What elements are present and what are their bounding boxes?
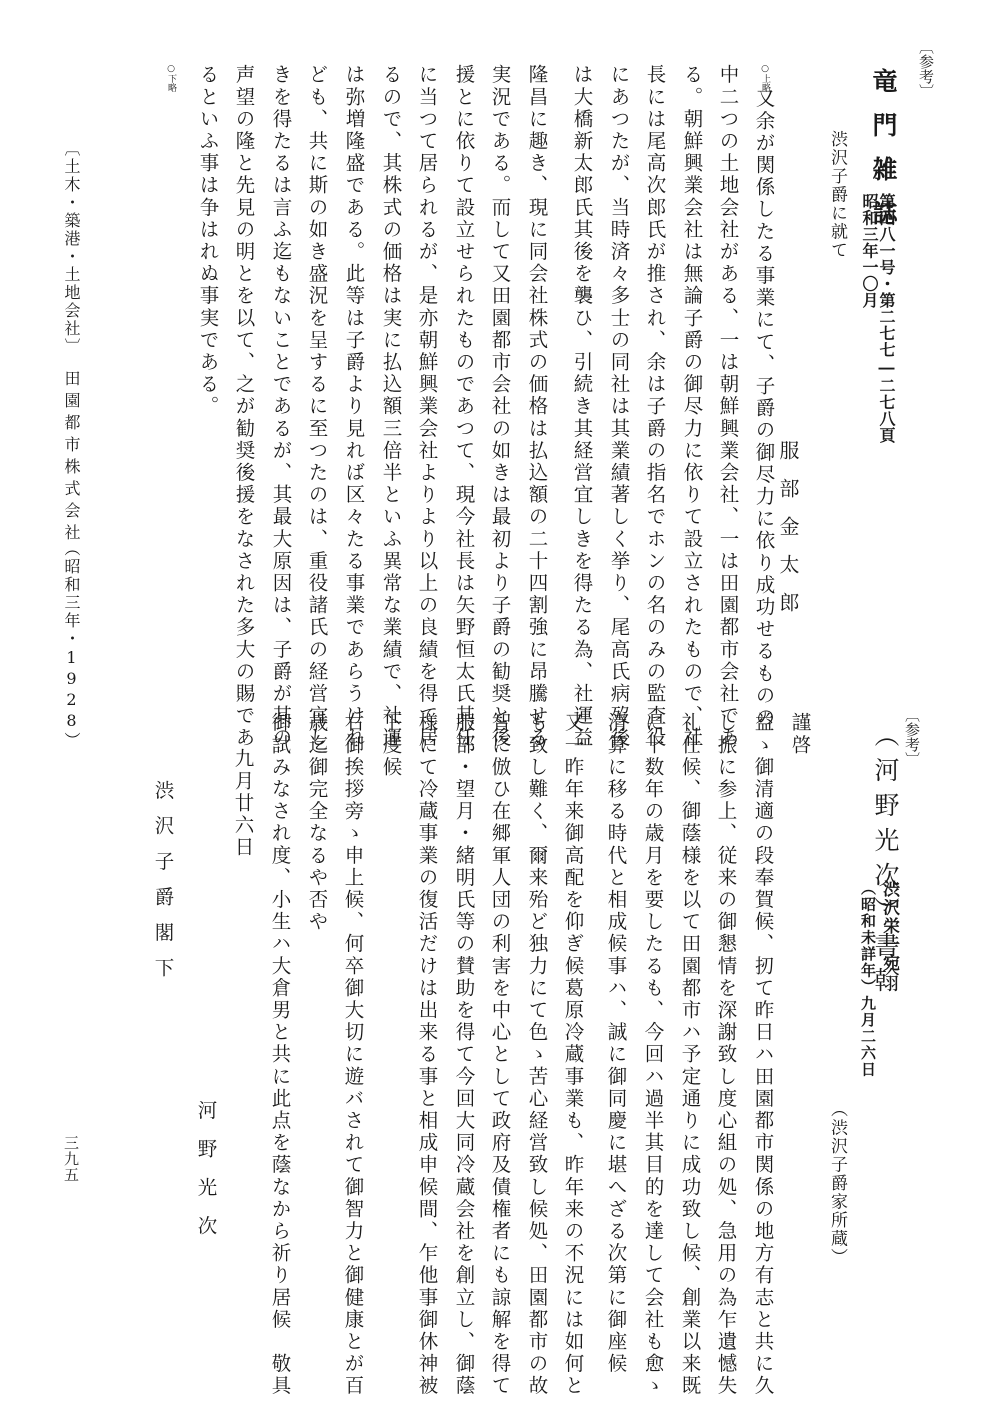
body-line: 智に倣ひ在郷軍人団の利害を中心として政府及債権者にも諒解を得て [490,712,510,1397]
footer-company: 田園都市株式会社 [63,370,79,546]
omission-marker-bottom: ○下略 [166,64,175,92]
body-line: にあつたが、当時済々多士の同社は其業績著しく挙り、尾高氏病歿後 [609,64,629,749]
recipient-line: 渋沢栄一宛 [880,880,897,973]
body-line: 中二つの土地会社がある、一は朝鮮興業会社、一は田園都市会社であ [718,64,738,749]
body-line: 清算に移る時代と相成候事ハ、誠に御同慶に堪へざる次第に御座候 [606,712,626,1375]
body-line: 右御挨拶旁ゝ申上候、何卒御大切に遊バされて御智力と御健康とが百 [343,712,363,1397]
footer-year: （昭和三年・1928） [63,540,79,750]
body-line: に十数年の歳月を要したるも、今回ハ過半其目的を達して会社も愈ゝ [643,712,663,1397]
article-title: 渋沢子爵に就て [828,130,845,260]
addressee: 渋沢子爵閣下 [153,780,173,993]
body-line: 実況である。而して又田園都市会社の如きは最初より子爵の勧奨と後 [490,64,510,749]
body-line: は大橋新太郎氏其後を襲ひ、引続き其経営宜しきを得たる為、社運益 [572,64,592,749]
date-line: 昭和三年一〇月 [861,193,877,309]
reference-tag: 〔参考〕 [917,38,934,100]
body-line: は弥増隆盛である。此等は子爵より見れば区々たる事業であらうけれ [344,64,364,749]
body-line: るといふ事は争はれぬ事実である。 [198,64,218,418]
body-line: 御試みなされ度、小生ハ大倉男と共に此点を蔭なから祈り居候 敬具 [270,712,290,1397]
body-line: るので、其株式の価格は実に払込額三倍半といふ異常な業績で、社運 [381,64,401,749]
footer-category: 〔土木・築港・土地会社〕 [63,140,79,356]
body-line: 又一昨年来御高配を仰ぎ候葛原冷蔵事業も、昨年来の不況には如何と [563,712,583,1397]
closing-date: 九月廿六日 [233,748,253,859]
issue-line: 第四八一号・第二七七―二七八頁 [878,193,894,444]
body-line: し振に参上、従来の御懇情を深謝致し度心組の処、急用の為乍遺憾失 [716,712,736,1397]
body-line: 歳迄御完全なるや否や [307,712,327,933]
body-line: ども、共に斯の如き盛況を呈するに至つたのは、重役諸氏の経営宜し [307,64,327,749]
body-line: 隆昌に趣き、現に同会社株式の価格は払込額の二十四割強に昂騰せる [527,64,547,749]
reference-tag: 〔参考〕 [903,706,920,768]
page-number: 三九五 [63,1135,78,1183]
body-line: 長には尾高次郎氏が推され、余は子爵の指名でホンの名のみの監査役 [645,64,665,749]
body-line: 援とに依りて設立せられたものであつて、現今社長は矢野恒太氏其任 [454,64,474,749]
body-line: 服部・望月・緒明氏等の賛助を得て今回大同冷蔵会社を創立し、御蔭 [454,712,474,1397]
body-line: も致し難く、爾来殆ど独力にて色ゝ苦心経営致し候処、田園都市の故 [527,712,547,1397]
author-name: 服部金太郎 [778,440,798,630]
body-line: 礼仕候、御蔭様を以て田園都市ハ予定通りに成功致し候、創業以来既 [680,712,700,1397]
body-line: る。朝鮮興業会社は無論子爵の御尽力に依りて設立されたもので、社 [682,64,702,749]
body-line: に当つて居られるが、是亦朝鮮興業会社よりより以上の良績を得て居 [417,64,437,749]
body-line: 又余が関係したる事業にて、子爵の御尽力に依り成功せるものの [754,88,774,729]
body-line: きを得たるは言ふ迄もないことであるが、其最大原因は、子爵が其の [271,64,291,749]
body-line: 声望の隆と先見の明とを以て、之が勧奨後援をなされた多大の賜であ [234,64,254,749]
body-line: 益ゝ御清適の段奉賀候、扨て昨日ハ田園都市関係の地方有志と共に久 [753,712,773,1397]
salutation: 謹啓 [790,712,810,756]
holding-note: （渋沢子爵家所蔵） [828,1100,845,1267]
letter-date-line: （昭和未詳年）九月二六日 [860,880,875,1078]
sender-name: 河野光次 [196,1100,216,1254]
body-line: 下度候 [381,712,401,778]
body-line: 様にて冷蔵事業の復活だけは出来る事と相成申候間、乍他事御休神被 [417,712,437,1397]
